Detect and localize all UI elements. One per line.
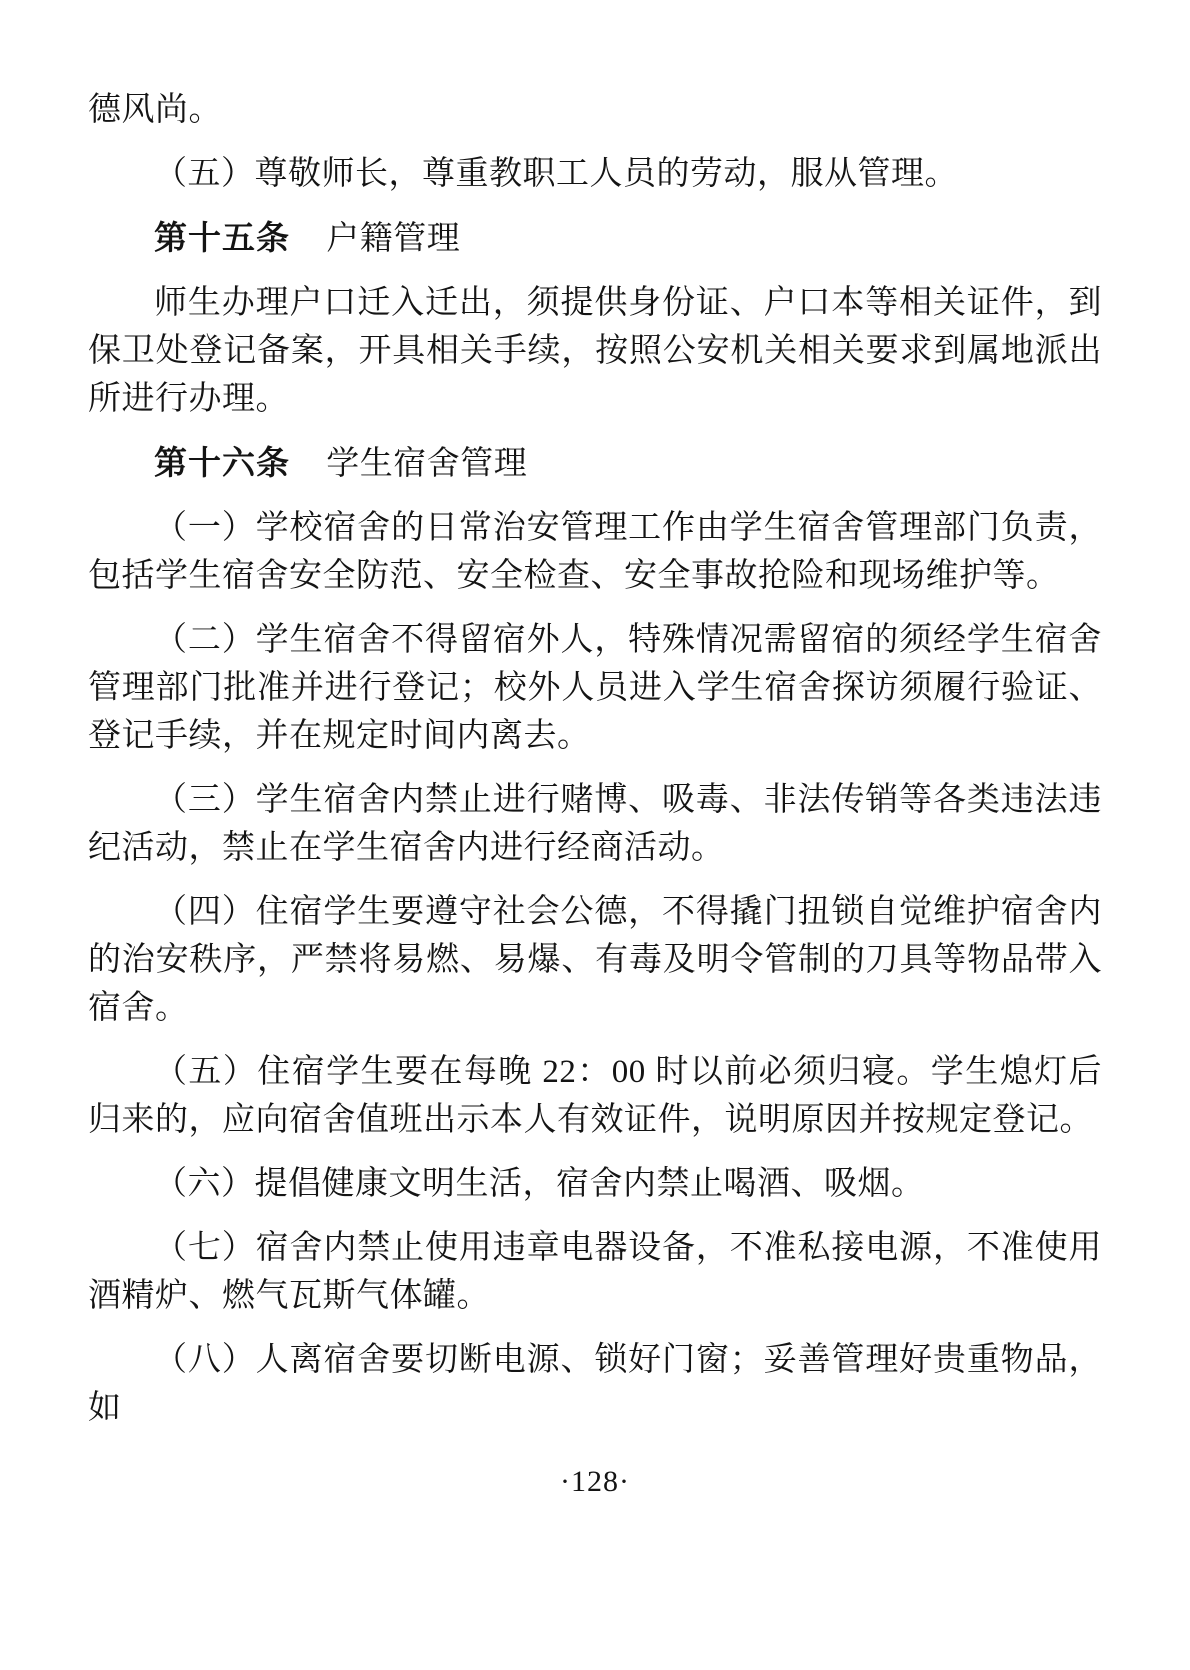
document-page: 德风尚。 （五）尊敬师长，尊重教职工人员的劳动，服从管理。 第十五条 户籍管理 … [0, 0, 1190, 1670]
page-content: 德风尚。 （五）尊敬师长，尊重教职工人员的劳动，服从管理。 第十五条 户籍管理 … [88, 86, 1102, 1448]
paragraph-article-15-body: 师生办理户口迁入迁出，须提供身份证、户口本等相关证件，到保卫处登记备案，开具相关… [88, 279, 1102, 423]
article-number: 第十六条 [154, 444, 290, 481]
paragraph-clause-6: （六）提倡健康文明生活，宿舍内禁止喝酒、吸烟。 [88, 1160, 1102, 1208]
paragraph-clause-4: （四）住宿学生要遵守社会公德，不得撬门扭锁自觉维护宿舍内的治安秩序，严禁将易燃、… [88, 888, 1102, 1032]
paragraph-clause-7: （七）宿舍内禁止使用违章电器设备，不准私接电源，不准使用酒精炉、燃气瓦斯气体罐。 [88, 1224, 1102, 1320]
paragraph-clause-1: （一）学校宿舍的日常治安管理工作由学生宿舍管理部门负责，包括学生宿舍安全防范、安… [88, 504, 1102, 600]
article-number: 第十五条 [154, 219, 290, 256]
article-heading-16: 第十六条 学生宿舍管理 [88, 439, 1102, 488]
paragraph-clause-5-prev-article: （五）尊敬师长，尊重教职工人员的劳动，服从管理。 [88, 150, 1102, 198]
paragraph-clause-5: （五）住宿学生要在每晚 22：00 时以前必须归寝。学生熄灯后归来的，应向宿舍值… [88, 1048, 1102, 1144]
paragraph-clause-3: （三）学生宿舍内禁止进行赌博、吸毒、非法传销等各类违法违纪活动，禁止在学生宿舍内… [88, 776, 1102, 872]
article-title: 学生宿舍管理 [326, 446, 527, 482]
page-number: ·128· [560, 1465, 630, 1498]
article-title: 户籍管理 [326, 221, 460, 257]
article-heading-15: 第十五条 户籍管理 [88, 214, 1102, 263]
paragraph-clause-8: （八）人离宿舍要切断电源、锁好门窗；妥善管理好贵重物品，如 [88, 1336, 1102, 1432]
page-footer: ·128· [0, 1462, 1190, 1502]
paragraph-clause-2: （二）学生宿舍不得留宿外人，特殊情况需留宿的须经学生宿舍管理部门批准并进行登记；… [88, 616, 1102, 760]
paragraph-continuation: 德风尚。 [88, 86, 1102, 134]
